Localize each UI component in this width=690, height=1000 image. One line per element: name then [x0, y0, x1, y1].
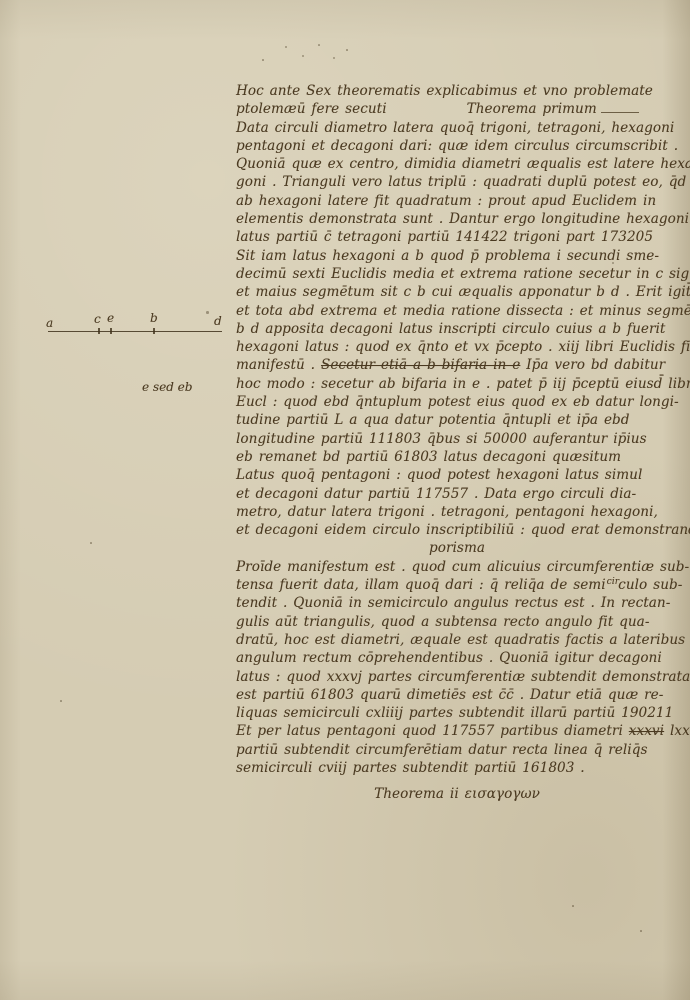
- text-segment: hexagoni latus : quod ex q̄nto et vx p̄c…: [236, 339, 690, 355]
- manuscript-line: Eucl : quod ebd q̄ntuplum potest eius qu…: [236, 393, 678, 411]
- text-segment: tendit . Quoniā in semicirculo angulus r…: [236, 595, 670, 611]
- text-segment: eb remanet bd partiū 61803 latus decagon…: [236, 449, 621, 465]
- manuscript-line: et maius segmētum sit c b cui æqualis ap…: [236, 283, 678, 301]
- manuscript-line: et tota abd extrema et media ratione dis…: [236, 302, 678, 320]
- heading-theorema-primum: Theorema primum: [467, 101, 597, 117]
- manuscript-line: elementis demonstrata sunt . Dantur ergo…: [236, 210, 678, 228]
- text-segment: elementis demonstrata sunt . Dantur ergo…: [236, 211, 689, 227]
- heading-theorema-ii: Theorema ii εισαγογων: [236, 785, 678, 803]
- manuscript-text: Hoc ante Sex theorematis explicabimus et…: [236, 82, 678, 804]
- ink-speck: [318, 44, 320, 46]
- text-segment: et decagoni eidem circulo inscriptibiliū…: [236, 522, 690, 538]
- manuscript-line: Et per latus pentagoni quod 117557 parti…: [236, 722, 678, 740]
- text-segment: culo sub-: [618, 577, 682, 593]
- text-segment: Data circuli diametro latera quoq̄ trigo…: [236, 120, 674, 136]
- text-segment: liquas semicirculi cxliiij partes subten…: [236, 705, 673, 721]
- text-segment: Proīde manifestum est . quod cum alicuiu…: [236, 559, 689, 575]
- manuscript-line: hexagoni latus : quod ex q̄nto et vx p̄c…: [236, 338, 678, 356]
- text-segment: goni . Trianguli vero latus triplū : qua…: [236, 174, 686, 190]
- text-segment: Hoc ante Sex theorematis explicabimus et…: [236, 83, 653, 99]
- ink-speck: [206, 311, 209, 314]
- manuscript-line: eb remanet bd partiū 61803 latus decagon…: [236, 448, 678, 466]
- manuscript-line: hoc modo : secetur ab bifaria in e . pat…: [236, 375, 678, 393]
- text-segment: et decagoni datur partiū 117557 . Data e…: [236, 486, 636, 502]
- text-segment: b d apposita decagoni latus inscripti ci…: [236, 321, 665, 337]
- manuscript-line: tudine partiū L a qua datur potentia q̄n…: [236, 411, 678, 429]
- diagram-point-label-d: d: [214, 315, 222, 327]
- text-segment: lxxij: [664, 723, 690, 739]
- diagram-tick-c: [98, 328, 100, 334]
- text-segment: latus partiū c̄ tetragoni partiū 141422 …: [236, 229, 653, 245]
- ink-speck: [333, 57, 335, 59]
- ink-speck: [90, 542, 92, 544]
- text-segment: latus : quod xxxvj partes circumferentiæ…: [236, 669, 690, 685]
- manuscript-line: tensa fuerit data, illam quoq̄ dari : q̄…: [236, 576, 678, 594]
- manuscript-line: latus : quod xxxvj partes circumferentiæ…: [236, 668, 678, 686]
- text-segment: porisma: [429, 540, 485, 556]
- manuscript-page: Hoc ante Sex theorematis explicabimus et…: [0, 0, 690, 1000]
- text-segment: Secetur etiā a b bifaria in e: [321, 357, 520, 373]
- manuscript-line: partiū subtendit circumferētiam datur re…: [236, 741, 678, 759]
- text-segment: Quoniā quæ ex centro, dimidia diametri æ…: [236, 156, 690, 172]
- text-segment: tensa fuerit data, illam quoq̄ dari : q̄…: [236, 577, 606, 593]
- text-segment: ptolemæū fere secuti: [236, 101, 387, 117]
- text-segment: semicirculi cviij partes subtendit parti…: [236, 760, 585, 776]
- text-segment: xxxvi: [629, 723, 664, 739]
- text-segment: cir: [607, 577, 620, 587]
- ink-speck: [285, 46, 287, 48]
- ink-speck: [262, 59, 264, 61]
- text-segment: angulum rectum cōprehendentibus . Quoniā…: [236, 650, 662, 666]
- text-segment: gulis aūt triangulis, quod a subtensa re…: [236, 614, 650, 630]
- ink-speck: [640, 930, 642, 932]
- manuscript-line: est partiū 61803 quarū dimetiēs est c̄c̄…: [236, 686, 678, 704]
- heading-rule-stroke: [601, 103, 639, 113]
- manuscript-line: tendit . Quoniā in semicirculo angulus r…: [236, 594, 678, 612]
- diagram-tick-e: [110, 328, 112, 334]
- manuscript-line: Data circuli diametro latera quoq̄ trigo…: [236, 119, 678, 137]
- text-segment: manifestū .: [236, 357, 321, 373]
- diagram-point-label-e: e: [107, 312, 114, 324]
- manuscript-line: et decagoni datur partiū 117557 . Data e…: [236, 485, 678, 503]
- manuscript-line: metro, datur latera trigoni . tetragoni,…: [236, 503, 678, 521]
- text-segment: Ip̄a vero bd dabitur: [520, 357, 665, 373]
- manuscript-line: Proīde manifestum est . quod cum alicuiu…: [236, 558, 678, 576]
- manuscript-line: goni . Trianguli vero latus triplū : qua…: [236, 173, 678, 191]
- text-segment: Latus quoq̄ pentagoni : quod potest hexa…: [236, 467, 642, 483]
- text-segment: Eucl : quod ebd q̄ntuplum potest eius qu…: [236, 394, 679, 410]
- manuscript-line: manifestū . Secetur etiā a b bifaria in …: [236, 356, 678, 374]
- manuscript-line: b d apposita decagoni latus inscripti ci…: [236, 320, 678, 338]
- text-segment: dratū, hoc est diametri, æquale est quad…: [236, 632, 685, 648]
- manuscript-line: dratū, hoc est diametri, æquale est quad…: [236, 631, 678, 649]
- ink-speck: [302, 55, 304, 57]
- text-segment: et tota abd extrema et media ratione dis…: [236, 303, 690, 319]
- text-segment: longitudine partiū 111803 q̄bus si 50000…: [236, 431, 647, 447]
- text-segment: hoc modo : secetur ab bifaria in e . pat…: [236, 376, 690, 392]
- text-segment: tudine partiū L a qua datur potentia q̄n…: [236, 412, 630, 428]
- manuscript-line: Hoc ante Sex theorematis explicabimus et…: [236, 82, 678, 100]
- text-segment: ab hexagoni latere fit quadratum : prout…: [236, 193, 656, 209]
- diagram-point-label-c: c: [94, 313, 101, 325]
- diagram-margin-note: e sed eb: [142, 380, 192, 394]
- text-segment: est partiū 61803 quarū dimetiēs est c̄c̄…: [236, 687, 663, 703]
- ink-speck: [346, 49, 348, 51]
- text-segment: metro, datur latera trigoni . tetragoni,…: [236, 504, 658, 520]
- manuscript-line: Quoniā quæ ex centro, dimidia diametri æ…: [236, 155, 678, 173]
- ink-speck: [60, 700, 62, 702]
- ink-speck: [612, 262, 614, 264]
- manuscript-line: ptolemæū fere secutiTheorema primum: [236, 100, 678, 118]
- manuscript-line: angulum rectum cōprehendentibus . Quoniā…: [236, 649, 678, 667]
- text-segment: Sit iam latus hexagoni a b quod p̄ probl…: [236, 248, 659, 264]
- diagram-point-label-b: b: [150, 312, 158, 324]
- manuscript-line: liquas semicirculi cxliiij partes subten…: [236, 704, 678, 722]
- text-segment: partiū subtendit circumferētiam datur re…: [236, 742, 647, 758]
- text-segment: pentagoni et decagoni dari: quæ idem cir…: [236, 138, 678, 154]
- manuscript-line: Latus quoq̄ pentagoni : quod potest hexa…: [236, 466, 678, 484]
- manuscript-line: ab hexagoni latere fit quadratum : prout…: [236, 192, 678, 210]
- manuscript-line: gulis aūt triangulis, quod a subtensa re…: [236, 613, 678, 631]
- diagram-tick-b: [153, 328, 155, 334]
- text-segment: Theorema ii εισαγογων: [374, 786, 540, 802]
- text-segment: Et per latus pentagoni quod 117557 parti…: [236, 723, 629, 739]
- text-segment: decimū sexti Euclidis media et extrema r…: [236, 266, 690, 282]
- heading-porisma: porisma: [236, 539, 678, 557]
- manuscript-line: longitudine partiū 111803 q̄bus si 50000…: [236, 430, 678, 448]
- diagram-point-label-a: a: [46, 317, 53, 329]
- manuscript-line: latus partiū c̄ tetragoni partiū 141422 …: [236, 228, 678, 246]
- manuscript-line: et decagoni eidem circulo inscriptibiliū…: [236, 521, 678, 539]
- text-segment: et maius segmētum sit c b cui æqualis ap…: [236, 284, 690, 300]
- ink-speck: [572, 905, 574, 907]
- diagram-segment-line: [48, 331, 222, 332]
- manuscript-line: semicirculi cviij partes subtendit parti…: [236, 759, 678, 777]
- manuscript-line: pentagoni et decagoni dari: quæ idem cir…: [236, 137, 678, 155]
- manuscript-line: decimū sexti Euclidis media et extrema r…: [236, 265, 678, 283]
